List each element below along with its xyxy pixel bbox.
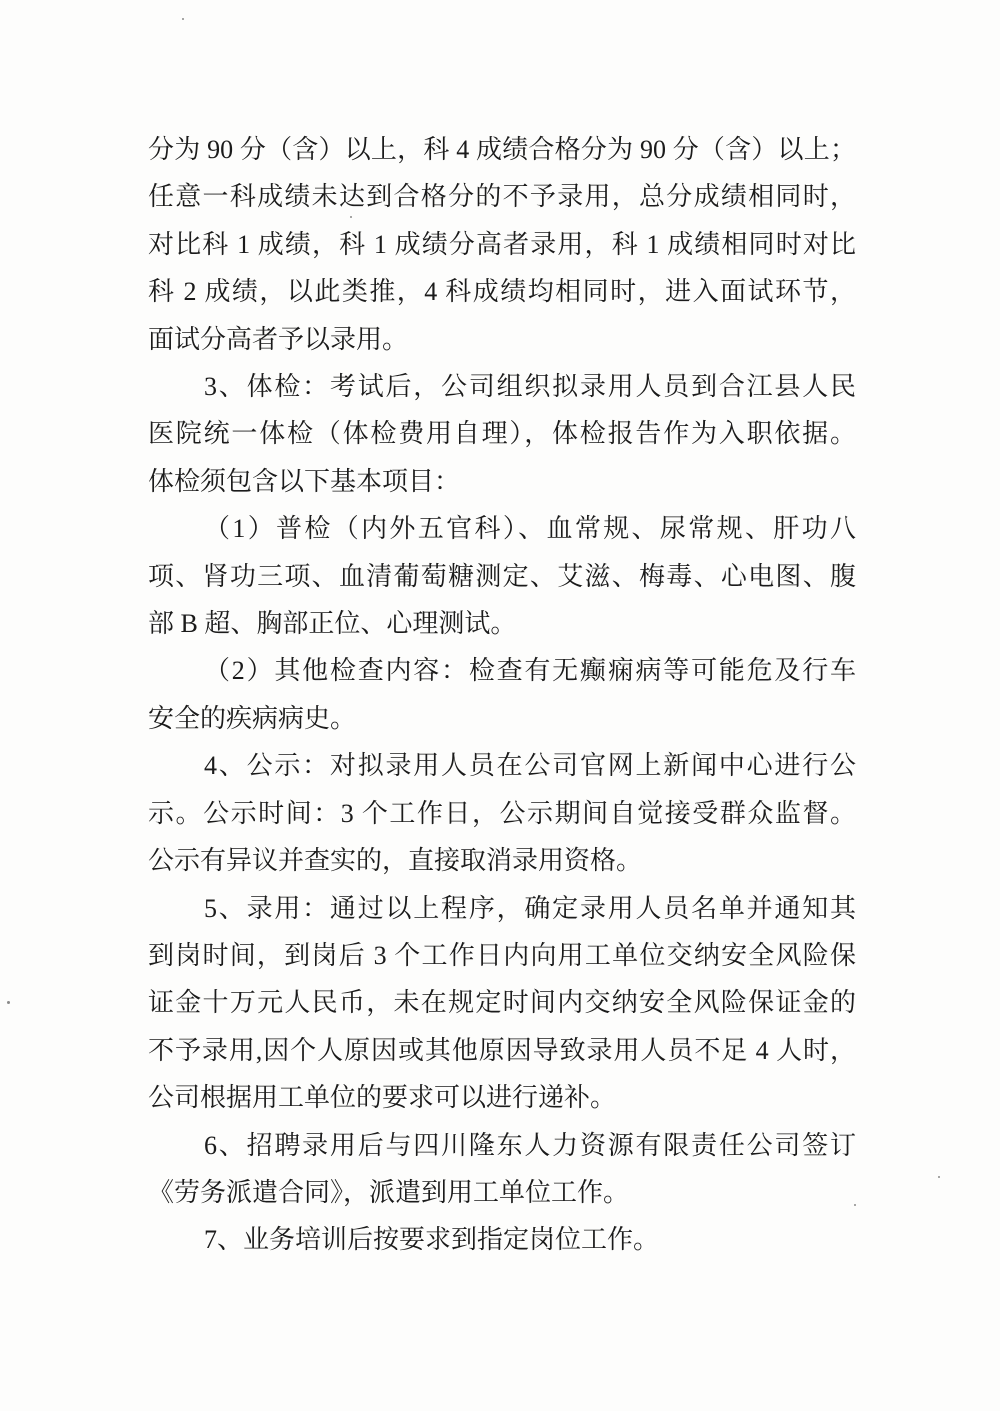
document-line: 安全的疾病病史。 [148, 695, 856, 742]
document-line: 对比科 1 成绩，科 1 成绩分高者录用，科 1 成绩相同时对比 [148, 221, 856, 268]
document-line: 3、体检：考试后，公司组织拟录用人员到合江县人民 [148, 363, 856, 410]
document-line: 医院统一体检（体检费用自理），体检报告作为入职依据。 [148, 410, 856, 457]
document-line: 到岗时间，到岗后 3 个工作日内向用工单位交纳安全风险保 [148, 932, 856, 979]
document-line: 证金十万元人民币，未在规定时间内交纳安全风险保证金的 [148, 979, 856, 1026]
scan-speck [7, 1001, 10, 1004]
document-line: 科 2 成绩，以此类推，4 科成绩均相同时，进入面试环节， [148, 268, 856, 315]
document-line: 分为 90 分（含）以上，科 4 成绩合格分为 90 分（含）以上； [148, 126, 856, 173]
scan-speck [938, 1176, 940, 1178]
document-line: （2）其他检查内容：检查有无癫痫病等可能危及行车 [148, 647, 856, 694]
document-line: 面试分高者予以录用。 [148, 316, 856, 363]
document-line: 部 B 超、胸部正位、心理测试。 [148, 600, 856, 647]
document-line: 《劳务派遣合同》，派遣到用工单位工作。 [148, 1169, 856, 1216]
document-line: 7、业务培训后按要求到指定岗位工作。 [148, 1216, 856, 1263]
scan-speck [350, 216, 352, 218]
document-line: 公示有异议并查实的，直接取消录用资格。 [148, 837, 856, 884]
document-line: 示。公示时间：3 个工作日，公示期间自觉接受群众监督。 [148, 790, 856, 837]
document-line: 不予录用,因个人原因或其他原因导致录用人员不足 4 人时， [148, 1027, 856, 1074]
document-line: （1）普检（内外五官科）、血常规、尿常规、肝功八 [148, 505, 856, 552]
document-line: 4、公示：对拟录用人员在公司官网上新闻中心进行公 [148, 742, 856, 789]
scan-speck [854, 1204, 856, 1206]
document-line: 6、招聘录用后与四川隆东人力资源有限责任公司签订 [148, 1122, 856, 1169]
document-line: 体检须包含以下基本项目： [148, 458, 856, 505]
document-body: 分为 90 分（含）以上，科 4 成绩合格分为 90 分（含）以上；任意一科成绩… [148, 126, 856, 1264]
document-line: 项、肾功三项、血清葡萄糖测定、艾滋、梅毒、心电图、腹 [148, 553, 856, 600]
document-line: 5、录用：通过以上程序，确定录用人员名单并通知其 [148, 885, 856, 932]
document-page: 分为 90 分（含）以上，科 4 成绩合格分为 90 分（含）以上；任意一科成绩… [0, 0, 1000, 1411]
document-line: 公司根据用工单位的要求可以进行递补。 [148, 1074, 856, 1121]
scan-speck [182, 18, 184, 20]
document-line: 任意一科成绩未达到合格分的不予录用，总分成绩相同时， [148, 173, 856, 220]
